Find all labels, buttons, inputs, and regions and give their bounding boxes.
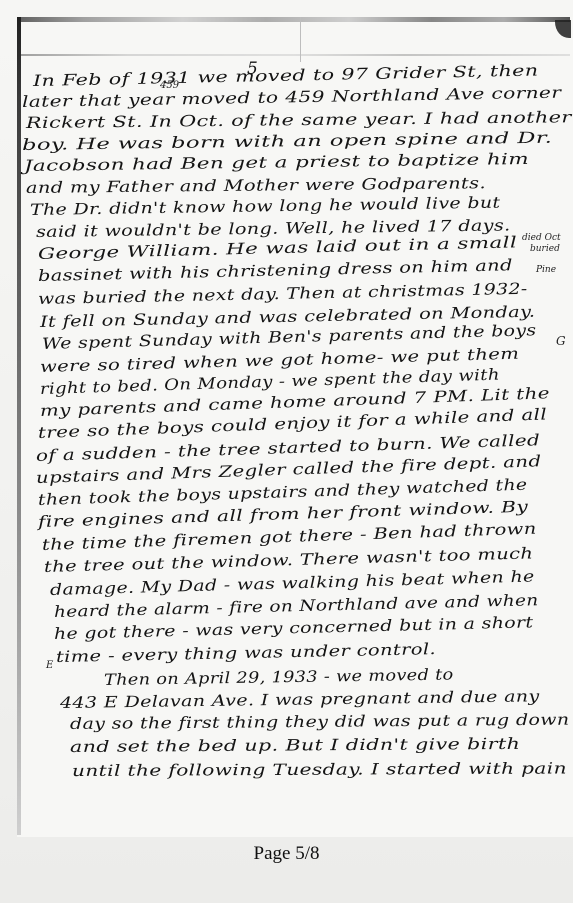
paper-left-edge	[17, 17, 21, 835]
margin-note-died: died Oct	[522, 233, 561, 243]
paper-fold-line	[300, 17, 301, 62]
paper-top-edge	[17, 17, 570, 22]
paper-header-rule	[17, 54, 570, 56]
handwritten-line: and set the bed up. But I didn't give bi…	[70, 735, 520, 756]
handwritten-line: until the following Tuesday. I started w…	[72, 759, 567, 780]
page-footer: Page 5/8	[0, 843, 573, 865]
margin-note-g: G	[556, 334, 566, 348]
insert-459: 459	[160, 80, 179, 91]
insert-e: E	[46, 660, 53, 671]
margin-note-buried: buried	[530, 244, 560, 254]
margin-note-pine: Pine	[536, 265, 556, 275]
